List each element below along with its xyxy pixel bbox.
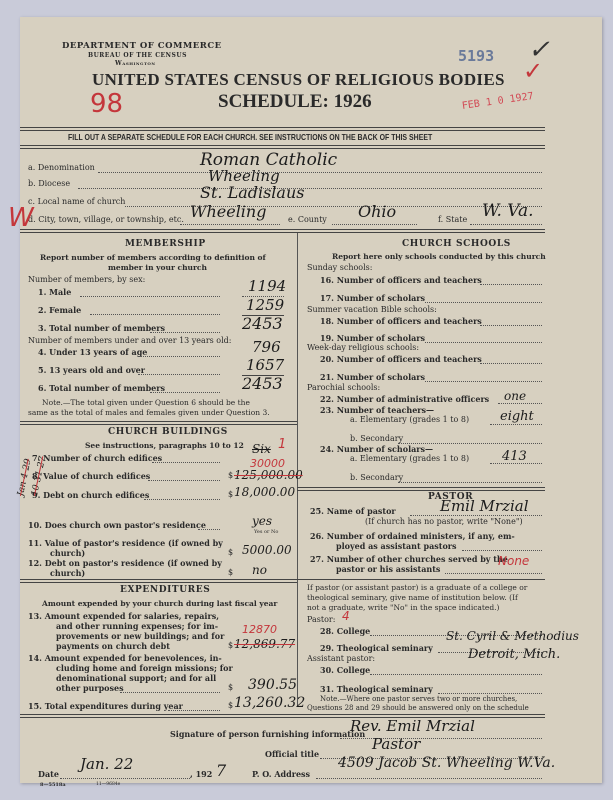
county-field[interactable]: Ohio bbox=[358, 202, 396, 221]
q2-label: 2. Female bbox=[38, 305, 81, 315]
pastor-sub-label: Pastor: bbox=[307, 615, 335, 624]
by-sex-label: Number of members, by sex: bbox=[28, 275, 145, 284]
pastor-red-mark: 4 bbox=[342, 609, 350, 623]
weekday-schools-label: Week-day religious schools: bbox=[307, 343, 419, 352]
q27-label: 27. Number of other churches served by t… bbox=[310, 554, 508, 564]
graduate-instruction-2: theological seminary, give name of insti… bbox=[307, 593, 518, 602]
q15-line bbox=[168, 710, 220, 711]
q10-hint: Yes or No bbox=[254, 529, 278, 535]
assistant-pastor-label: Assistant pastor: bbox=[307, 654, 375, 663]
q14-label: 14. Amount expended for benevolences, in… bbox=[28, 653, 222, 663]
q11-label-2: church) bbox=[50, 548, 85, 558]
q23a-line bbox=[490, 424, 542, 425]
official-title-label: Official title bbox=[265, 749, 319, 759]
q12-debt-field[interactable]: no bbox=[252, 563, 267, 577]
denomination-line bbox=[98, 172, 542, 173]
q29-label: 29. Theological seminary bbox=[320, 643, 433, 653]
bureau-city: Washington bbox=[115, 60, 156, 67]
q17-label: 17. Number of scholars bbox=[320, 293, 425, 303]
q14-value-field[interactable]: 390.55 bbox=[248, 677, 297, 693]
city-field[interactable]: Wheeling bbox=[190, 202, 266, 221]
q26-field bbox=[462, 550, 542, 551]
red-file-number: 98 bbox=[90, 89, 123, 119]
state-field[interactable]: W. Va. bbox=[482, 201, 534, 221]
q7-label: 7. Number of church edifices bbox=[32, 453, 162, 463]
local-name-label: c. Local name of church bbox=[28, 197, 125, 206]
state-line bbox=[470, 224, 542, 225]
year-prefix: , 192 bbox=[190, 769, 212, 779]
q2-line bbox=[90, 314, 220, 315]
q12-label-2: church) bbox=[50, 568, 85, 578]
instruction-divider bbox=[20, 145, 545, 149]
q11-currency: $ bbox=[228, 548, 233, 557]
q13-label-3: provements or new buildings; and for bbox=[56, 631, 224, 641]
date-field[interactable]: Jan. 22 bbox=[80, 755, 133, 773]
q18-label: 18. Number of officers and teachers bbox=[320, 316, 482, 326]
instruction-line: FILL OUT A SEPARATE SCHEDULE FOR EACH CH… bbox=[68, 132, 560, 142]
by-age-label: Number of members under and over 13 year… bbox=[28, 336, 231, 345]
q5-line bbox=[138, 374, 220, 375]
po-address-line bbox=[316, 778, 542, 779]
city-label: d. City, town, village, or township, etc… bbox=[28, 215, 184, 224]
checkmark-red-icon: ✓ bbox=[523, 57, 543, 85]
summer-schools-label: Summer vacation Bible schools: bbox=[307, 305, 437, 314]
header-divider bbox=[20, 127, 545, 131]
q5-label: 5. 13 years old and over bbox=[38, 365, 145, 375]
pastor-note-2: Questions 28 and 29 should be answered o… bbox=[307, 704, 529, 712]
membership-divider bbox=[20, 421, 297, 425]
q3-total-field[interactable]: 2453 bbox=[242, 314, 283, 333]
q9-label: 9. Debt on church edifices bbox=[32, 490, 149, 500]
schools-divider bbox=[297, 487, 545, 491]
bureau-name: BUREAU OF THE CENSUS bbox=[88, 52, 187, 59]
county-label: e. County bbox=[288, 215, 327, 224]
q24a-label: a. Elementary (grades 1 to 8) bbox=[350, 454, 469, 463]
q22-line bbox=[498, 403, 542, 404]
q20-label: 20. Number of officers and teachers bbox=[320, 354, 482, 364]
q25-pastor-name-field[interactable]: Emil Mrzial bbox=[440, 497, 529, 515]
expenditures-heading: EXPENDITURES bbox=[120, 585, 210, 595]
identity-divider bbox=[20, 229, 545, 233]
q23-label: 23. Number of teachers— bbox=[320, 405, 434, 415]
local-name-line bbox=[125, 206, 542, 207]
q8-value-field[interactable]: 30000 bbox=[250, 457, 285, 470]
q17-field bbox=[425, 302, 542, 303]
q30-label: 30. College bbox=[320, 665, 370, 675]
schools-subtitle: Report here only schools conducted by th… bbox=[332, 252, 546, 261]
q29-seminary-field[interactable]: St. Cyril & Methodius bbox=[446, 629, 579, 643]
pastor-grad-divider bbox=[297, 579, 545, 580]
q6-label: 6. Total number of members bbox=[38, 383, 165, 393]
q19-field bbox=[425, 342, 542, 343]
q22-officers-field[interactable]: one bbox=[504, 389, 526, 403]
pastor-note: Note.—Where one pastor serves two or mor… bbox=[320, 695, 517, 703]
q15-label: 15. Total expenditures during year bbox=[28, 701, 183, 711]
q27-other-churches-field[interactable]: None bbox=[498, 554, 529, 568]
q10-label: 10. Does church own pastor's residence bbox=[28, 520, 206, 530]
membership-note-2: same as the total of males and females g… bbox=[28, 408, 270, 417]
q23b-label: b. Secondary bbox=[350, 434, 403, 443]
schools-heading: CHURCH SCHOOLS bbox=[402, 239, 511, 249]
q14-line bbox=[120, 692, 220, 693]
q24a-scholars-field[interactable]: 413 bbox=[502, 449, 527, 464]
q15-currency: $ bbox=[228, 701, 233, 710]
diocese-line bbox=[78, 188, 542, 189]
q7-edifices-field[interactable]: 1 bbox=[278, 437, 286, 452]
q6-total-field[interactable]: 2453 bbox=[242, 374, 283, 393]
q13-label-4: payments on church debt bbox=[56, 641, 170, 651]
q9-debt-field[interactable]: 18,000.00 bbox=[234, 485, 295, 499]
q14-currency: $ bbox=[228, 683, 233, 692]
q27-line bbox=[445, 573, 542, 574]
denomination-label: a. Denomination bbox=[28, 163, 95, 172]
q11-label: 11. Value of pastor's residence (if owne… bbox=[28, 538, 223, 548]
q13-value-field[interactable]: 12870 bbox=[242, 623, 277, 636]
q26-label-2: ployed as assistant pastors bbox=[336, 541, 457, 551]
q19-label: 19. Number of scholars bbox=[320, 333, 425, 343]
q12-currency: $ bbox=[228, 568, 233, 577]
signature-line bbox=[340, 738, 542, 739]
q8-struck-value: 125,000.00 bbox=[234, 468, 303, 482]
buildings-subtitle: See instructions, paragraphs 10 to 12 bbox=[85, 441, 244, 450]
q7-struck-value: Six bbox=[252, 442, 271, 456]
signature-field[interactable]: Rev. Emil Mrzial bbox=[350, 717, 475, 735]
membership-subtitle: Report number of members according to de… bbox=[40, 253, 266, 262]
q13-currency: $ bbox=[228, 641, 233, 650]
q14-label-2: cluding home and foreign missions; for bbox=[56, 663, 233, 673]
q26-label: 26. Number of ordained ministers, if any… bbox=[310, 531, 515, 541]
q8-currency: $ bbox=[228, 471, 233, 480]
q22-label: 22. Number of administrative officers bbox=[320, 394, 489, 404]
q8-line bbox=[148, 480, 220, 481]
q10-line bbox=[198, 529, 220, 530]
year-field[interactable]: 7 bbox=[216, 761, 226, 780]
q3-line bbox=[150, 332, 220, 333]
official-title-field[interactable]: Pastor bbox=[372, 735, 420, 753]
q14-label-3: denominational support; and for all bbox=[56, 673, 216, 683]
q25-hint: (If church has no pastor, write "None") bbox=[365, 517, 523, 526]
po-address-label: P. O. Address bbox=[252, 769, 310, 779]
q13-struck-value: 12,869.77 bbox=[234, 637, 295, 651]
q9-currency: $ bbox=[228, 490, 233, 499]
state-label: f. State bbox=[438, 215, 467, 224]
q5-over13-field[interactable]: 1657 bbox=[246, 356, 284, 374]
q4-label: 4. Under 13 years of age bbox=[38, 347, 147, 357]
q31-label: 31. Theological seminary bbox=[320, 684, 433, 694]
buildings-heading: CHURCH BUILDINGS bbox=[108, 427, 228, 437]
city-line bbox=[180, 224, 280, 225]
q24-label: 24. Number of scholars— bbox=[320, 444, 433, 454]
membership-heading: MEMBERSHIP bbox=[125, 239, 206, 249]
graduate-instruction: If pastor (or assistant pastor) is a gra… bbox=[307, 583, 527, 592]
q25-label: 25. Name of pastor bbox=[310, 506, 396, 516]
signature-label: Signature of person furnishing informati… bbox=[170, 729, 365, 739]
q4-line bbox=[138, 356, 220, 357]
local-name-field[interactable]: St. Ladislaus bbox=[200, 183, 304, 202]
graduate-instruction-3: not a graduate, write "No" in the space … bbox=[307, 603, 499, 612]
q25-line bbox=[410, 515, 542, 516]
q15-total-field[interactable]: 13,260.32 bbox=[234, 695, 305, 711]
q6-line bbox=[150, 392, 220, 393]
q23a-label: a. Elementary (grades 1 to 8) bbox=[350, 415, 469, 424]
q8-label: 8. Value of church edifices bbox=[32, 471, 150, 481]
q13-label-2: and other running expenses; for im- bbox=[56, 621, 218, 631]
q4-under13-field[interactable]: 796 bbox=[252, 338, 281, 356]
print-code: 11—9684e bbox=[96, 782, 120, 787]
q2-female-field[interactable]: 1259 bbox=[246, 296, 284, 314]
form-title: UNITED STATES CENSUS OF RELIGIOUS BODIES bbox=[92, 70, 505, 90]
q7-line bbox=[152, 462, 220, 463]
q10-residence-field[interactable]: yes bbox=[252, 514, 272, 528]
department-name: DEPARTMENT OF COMMERCE bbox=[62, 41, 222, 51]
q11-value-field[interactable]: 5000.00 bbox=[242, 543, 292, 557]
q3-label: 3. Total number of members bbox=[38, 323, 165, 333]
q20-field bbox=[480, 363, 542, 364]
q24b-label: b. Secondary bbox=[350, 473, 403, 482]
membership-subtitle-2: member in your church bbox=[108, 263, 207, 272]
membership-note: Note.—The total given under Question 6 s… bbox=[42, 398, 250, 407]
diocese-label: b. Diocese bbox=[28, 179, 70, 188]
q1-label: 1. Male bbox=[38, 287, 71, 297]
q9-line bbox=[144, 499, 220, 500]
q13-label: 13. Amount expended for salaries, repair… bbox=[28, 611, 219, 621]
q12-label: 12. Debt on pastor's residence (if owned… bbox=[28, 558, 222, 568]
q27-label-2: pastor or his assistants bbox=[336, 564, 440, 574]
q31-field bbox=[438, 693, 542, 694]
q16-label: 16. Number of officers and teachers bbox=[320, 275, 482, 285]
county-line bbox=[332, 224, 417, 225]
schedule-title: SCHEDULE: 1926 bbox=[218, 91, 372, 113]
q30-line bbox=[370, 674, 542, 675]
q24b-field bbox=[398, 482, 542, 483]
received-date-stamp: FEB 1 0 1927 bbox=[461, 91, 534, 112]
buildings-divider bbox=[20, 579, 297, 583]
form-code: 8—5518a bbox=[40, 782, 66, 788]
q1-line bbox=[80, 296, 220, 297]
sunday-schools-label: Sunday schools: bbox=[307, 263, 372, 272]
q18-field bbox=[480, 325, 542, 326]
q21-label: 21. Number of scholars bbox=[320, 372, 425, 382]
q16-field bbox=[480, 284, 542, 285]
q28-label: 28. College bbox=[320, 626, 370, 636]
q14-label-4: other purposes bbox=[56, 683, 124, 693]
expenditures-subtitle: Amount expended by your church during la… bbox=[42, 599, 277, 608]
date-line bbox=[60, 778, 190, 779]
po-address-field[interactable]: 4509 Jacob St. Wheeling W.Va. bbox=[338, 755, 555, 771]
q1-male-field[interactable]: 1194 bbox=[248, 277, 286, 295]
q21-field bbox=[425, 381, 542, 382]
q23a-teachers-field[interactable]: eight bbox=[500, 409, 534, 424]
parochial-schools-label: Parochial schools: bbox=[307, 383, 380, 392]
q30-college-field[interactable]: Detroit, Mich. bbox=[468, 647, 560, 662]
received-stamp-number: 5193 bbox=[458, 47, 494, 65]
census-schedule-sheet: DEPARTMENT OF COMMERCE BUREAU OF THE CEN… bbox=[20, 17, 602, 783]
date-label: Date bbox=[38, 769, 59, 779]
